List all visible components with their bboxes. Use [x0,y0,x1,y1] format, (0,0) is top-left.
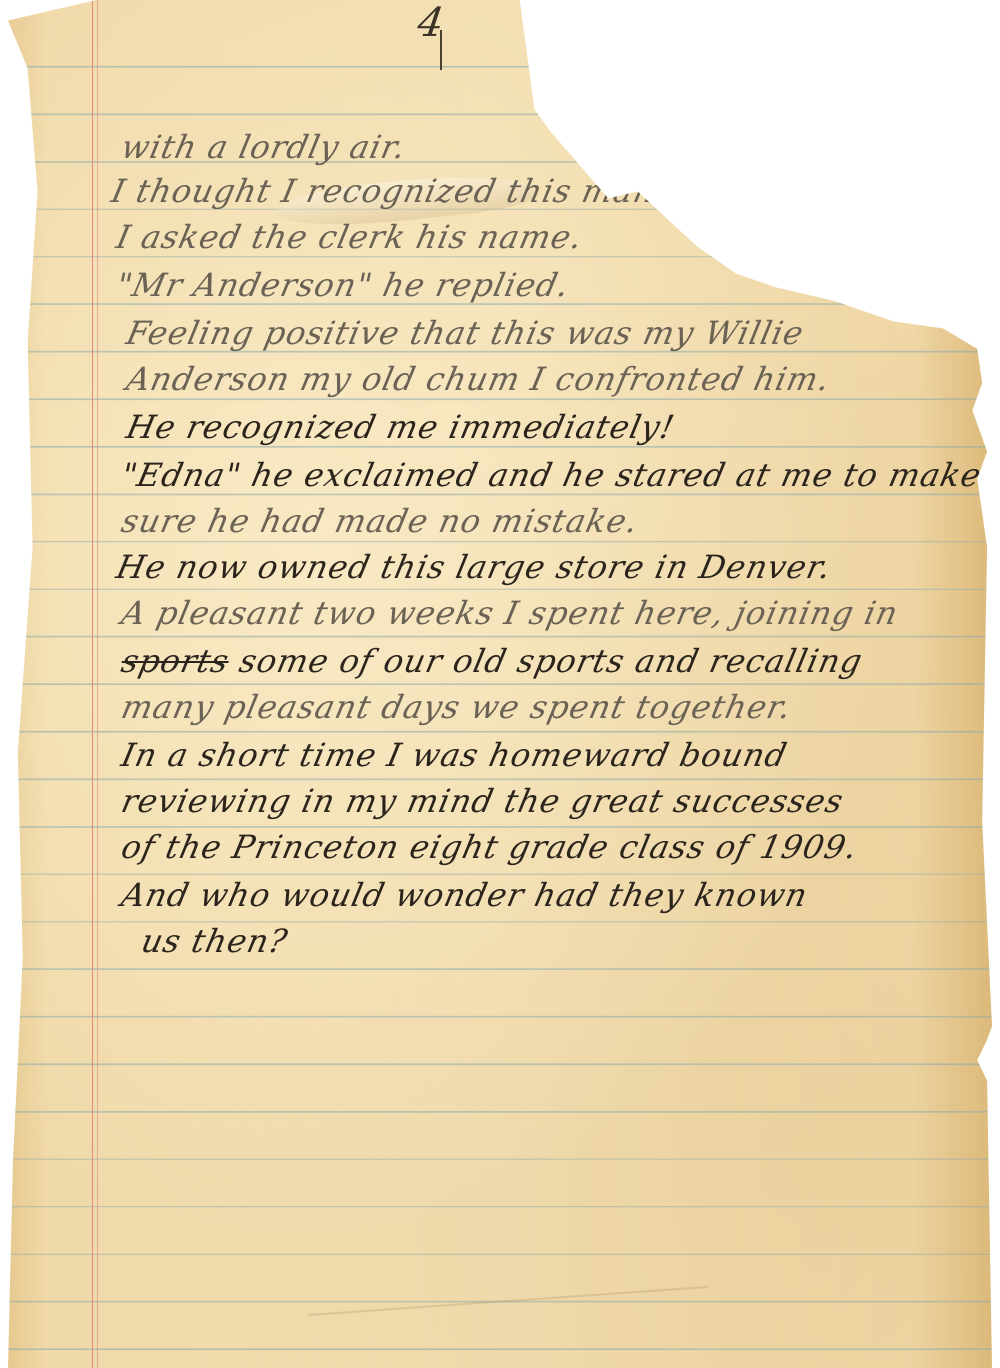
text-line: I thought I recognized this man and [108,172,734,210]
page-number-stroke [440,30,442,70]
text-line: reviewing in my mind the great successes [118,782,847,820]
text-line: I asked the clerk his name. [113,218,586,256]
text-line: "Edna" he exclaimed and he stared at me … [118,456,985,494]
notebook-page: 4 with a lordly air. I thought I recogni… [8,0,992,1368]
text-line: sports some of our old sports and recall… [118,642,866,680]
text-line: with a lordly air. [118,128,410,166]
text-line: In a short time I was homeward bound [118,736,791,774]
struck-word: sports [118,642,233,680]
paper-crease [571,129,865,193]
text-line: us then? [138,922,291,960]
text-line: A pleasant two weeks I spent here, joini… [118,594,902,632]
line-text: some of our old sports and recalling [225,642,866,680]
text-line: of the Princeton eight grade class of 19… [118,828,861,866]
text-line: many pleasant days we spent together. [118,688,795,726]
text-line: Anderson my old chum I confronted him. [123,360,834,398]
text-line: sure he had made no mistake. [118,502,642,540]
text-line: And who would wonder had they known [118,876,811,914]
text-line: "Mr Anderson" he replied. [113,266,573,304]
text-line: Feeling positive that this was my Willie [123,314,808,352]
text-line: He recognized me immediately! [123,408,678,446]
text-line: He now owned this large store in Denver. [113,548,835,586]
red-margin-line [92,0,98,1368]
